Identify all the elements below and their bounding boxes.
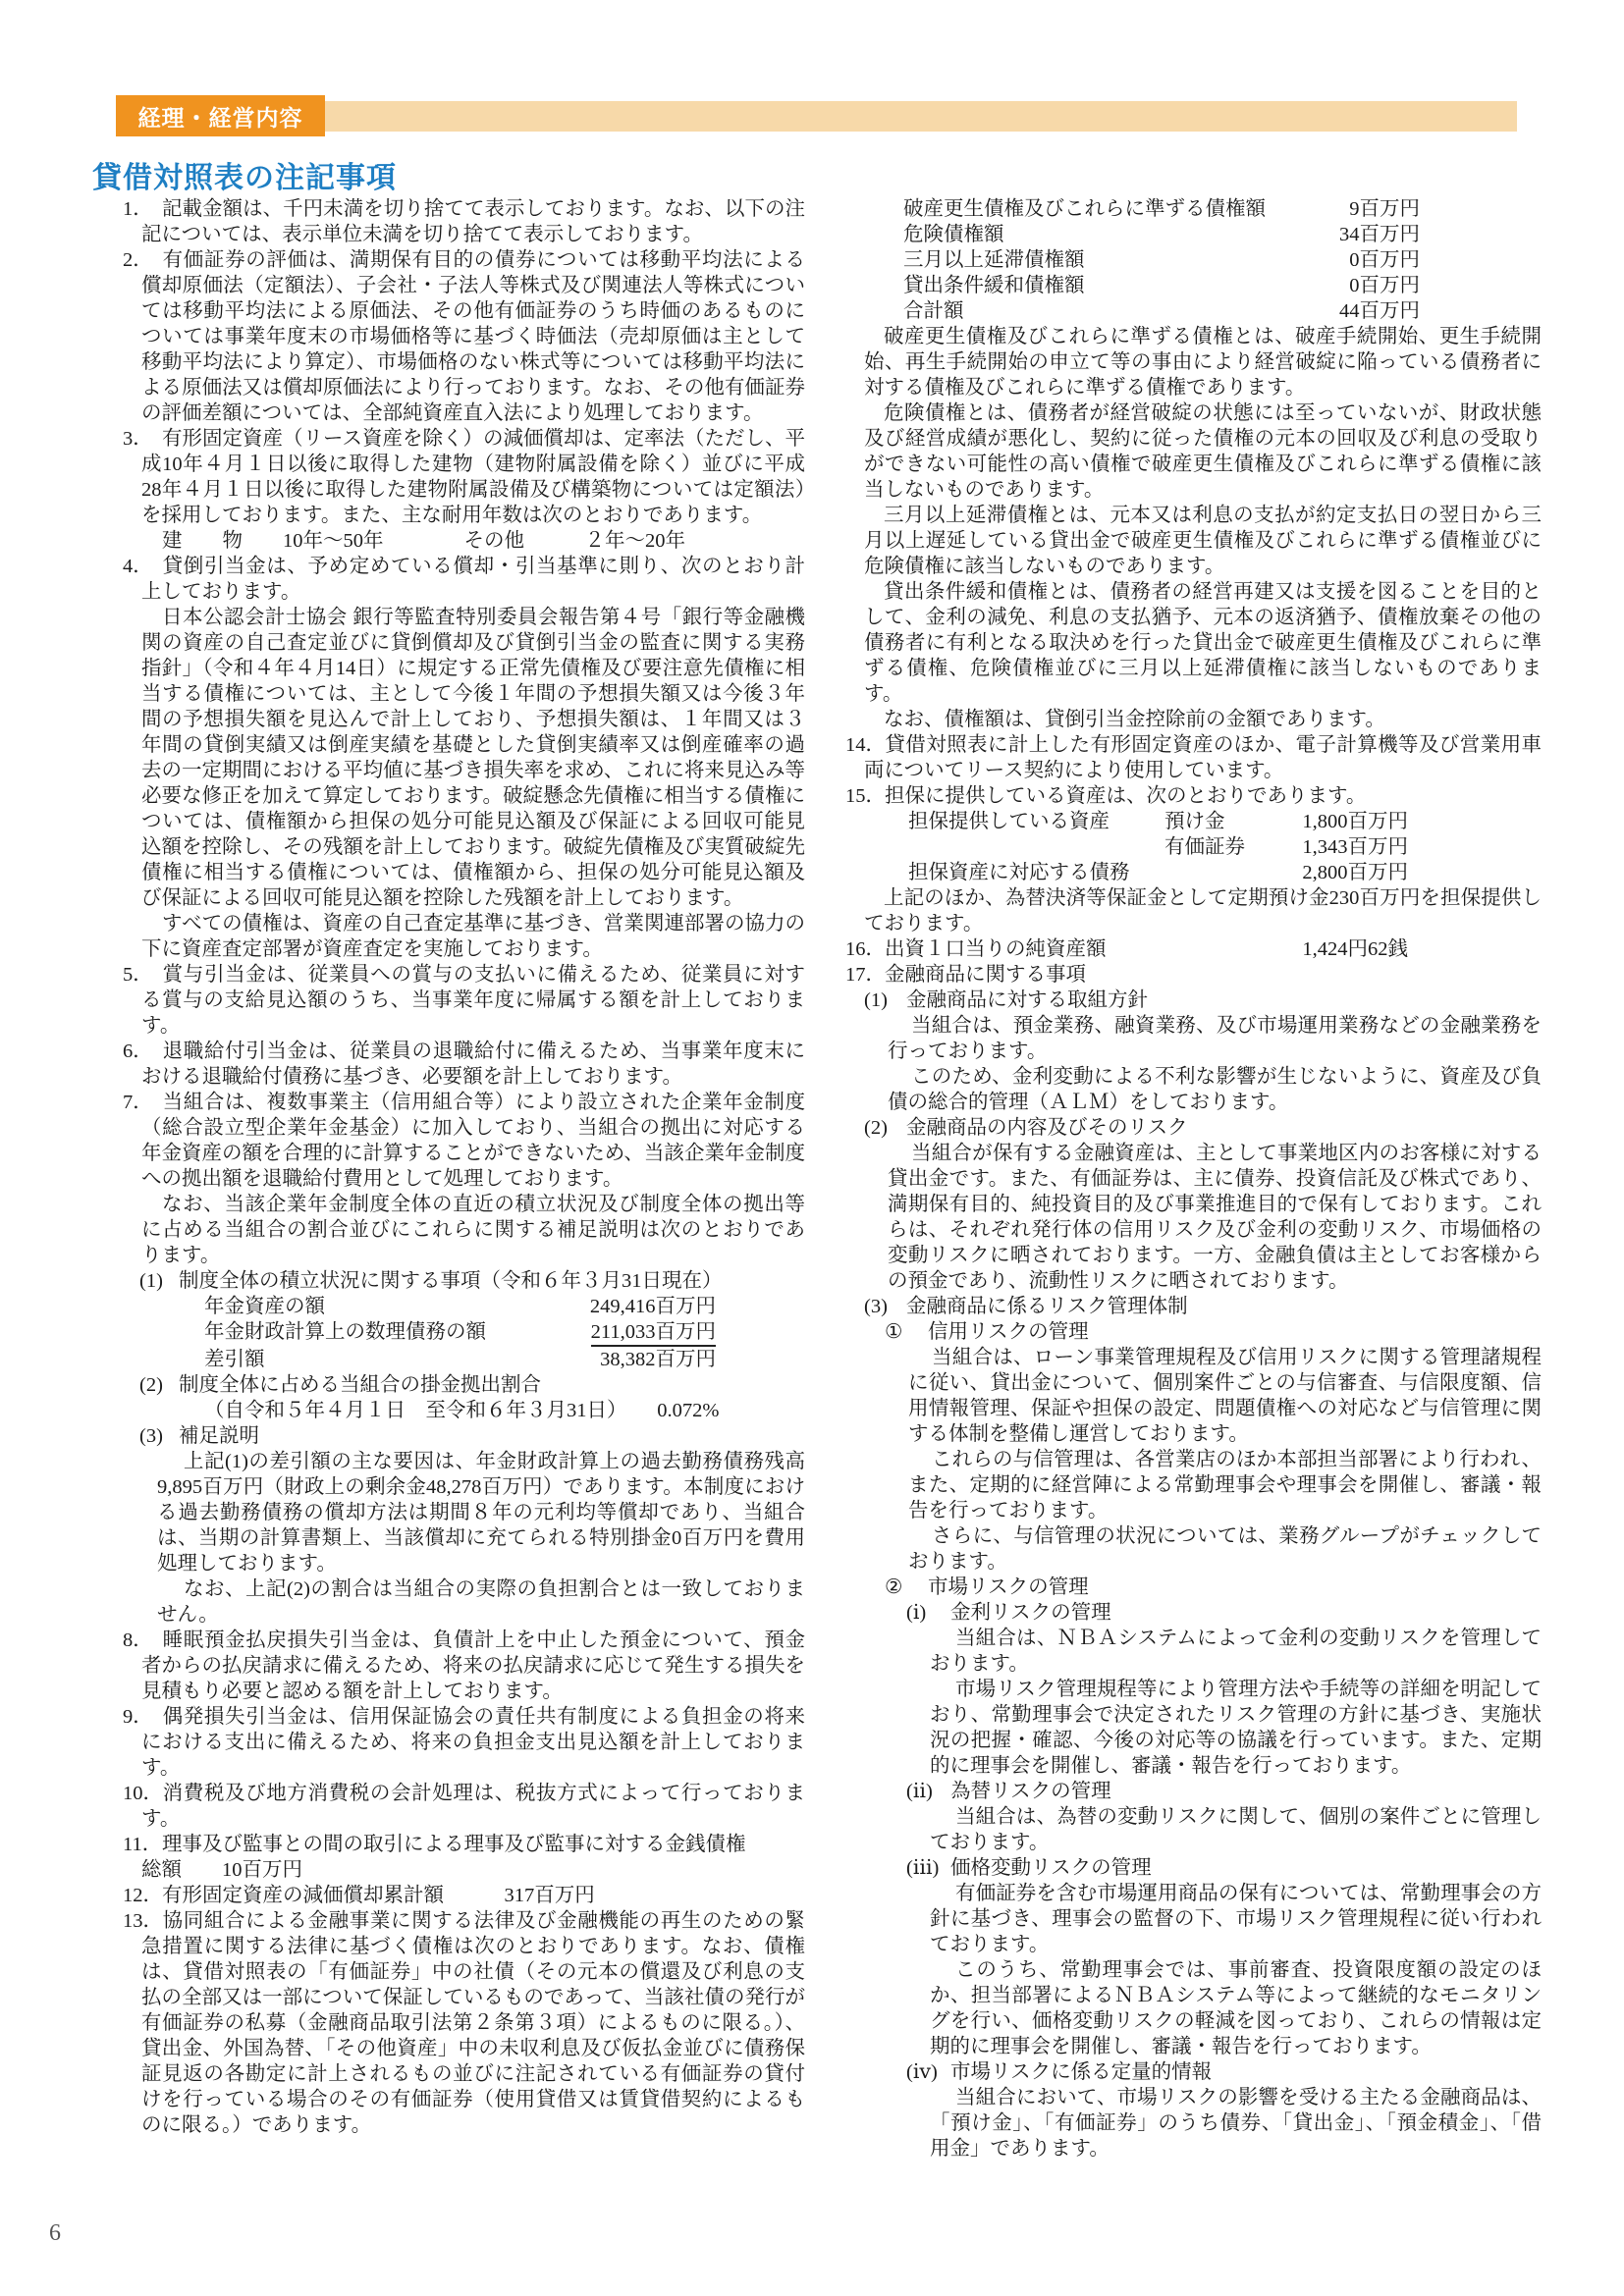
item-marker: 12． xyxy=(123,1883,162,1908)
item-marker: (3) xyxy=(864,1294,906,1319)
collateral-value: 1,800百万円 xyxy=(1302,809,1408,834)
item-marker: (2) xyxy=(139,1372,179,1398)
paragraph: （自令和５年４月１日 至令和６年３月31日） 0.072% xyxy=(91,1398,805,1423)
note-text: 補足説明 xyxy=(179,1425,259,1447)
note-text: 当組合において、市場リスクの影響を受ける主たる金融商品は、「預け金」、「有価証券… xyxy=(930,2087,1542,2160)
note-text: 信用リスクの管理 xyxy=(928,1321,1089,1343)
item-marker: (3) xyxy=(139,1423,179,1449)
note-text: 偶発損失引当金は、信用保証協会の責任共有制度による負担金の将来における支出に備え… xyxy=(141,1706,805,1779)
page-title: 貸借対照表の注記事項 xyxy=(92,153,397,196)
note-text: 総額 10百万円 xyxy=(141,1859,302,1881)
paragraph: 当組合において、市場リスクの影響を受ける主たる金融商品は、「預け金」、「有価証券… xyxy=(828,2085,1542,2162)
note-text: 制度全体に占める当組合の掛金拠出割合 xyxy=(179,1374,541,1396)
item-marker: ① xyxy=(885,1319,928,1345)
amount-label: 三月以上延滞債権額 xyxy=(903,247,1085,273)
collateral-item xyxy=(1164,860,1302,885)
note-item: 17．金融商品に関する事項 xyxy=(828,962,1542,988)
note-text: 睡眠預金払戻損失引当金は、負債計上を中止した預金について、預金者からの払戻請求に… xyxy=(141,1629,805,1702)
note-text: 有価証券を含む市場運用商品の保有については、常勤理事会の方針に基づき、理事会の監… xyxy=(930,1883,1542,1955)
note-item: 6．退職給付引当金は、従業員の退職給付に備えるため、当事業年度末における退職給付… xyxy=(91,1039,805,1090)
amount-row: 貸出条件緩和債権額0百万円 xyxy=(903,273,1420,298)
note-text: 当組合は、ＮＢＡシステムによって金利の変動リスクを管理しております。 xyxy=(930,1628,1542,1675)
note-item: (ⅰ)金利リスクの管理 xyxy=(828,1600,1542,1626)
note-item: 9．偶発損失引当金は、信用保証協会の責任共有制度による負担金の将来における支出に… xyxy=(91,1704,805,1781)
item-marker: 16． xyxy=(845,936,885,962)
note-text: 当組合は、ローン事業管理規程及び信用リスクに関する管理諸規程に従い、貸出金につい… xyxy=(908,1347,1542,1445)
item-marker: 14． xyxy=(845,732,885,758)
note-text: 日本公認会計士協会 銀行等監査特別委員会報告第４号「銀行等金融機関の資産の自己査… xyxy=(141,607,805,909)
note-item: 8．睡眠預金払戻損失引当金は、負債計上を中止した預金について、預金者からの払戻請… xyxy=(91,1628,805,1704)
item-marker: ② xyxy=(885,1575,928,1600)
paragraph: 当組合が保有する金融資産は、主として事業地区内のお客様に対する貸出金です。また、… xyxy=(828,1141,1542,1294)
note-item: (2)金融商品の内容及びそのリスク xyxy=(828,1115,1542,1141)
item-marker: 6． xyxy=(123,1039,162,1064)
amount-label: 危険債権額 xyxy=(903,222,1004,247)
amount-row: 年金資産の額249,416百万円 xyxy=(204,1294,716,1319)
note-text: 当組合は、為替の変動リスクに関して、個別の案件ごとに管理しております。 xyxy=(930,1806,1542,1853)
note-item: (1)金融商品に対する取組方針 xyxy=(828,988,1542,1013)
paragraph: 当組合は、為替の変動リスクに関して、個別の案件ごとに管理しております。 xyxy=(828,1804,1542,1855)
paragraph: 当組合は、ローン事業管理規程及び信用リスクに関する管理諸規程に従い、貸出金につい… xyxy=(828,1345,1542,1447)
note-text: 市場リスクの管理 xyxy=(928,1576,1089,1598)
amount-value: 1,424円62銭 xyxy=(1302,936,1408,962)
note-text: 記載金額は、千円未満を切り捨てて表示しております。なお、以下の注記については、表… xyxy=(141,198,805,245)
item-marker: (ⅱ) xyxy=(906,1779,950,1804)
header-band xyxy=(116,101,1517,132)
amount-row: 危険債権額34百万円 xyxy=(903,222,1420,247)
note-text: このうち、常勤理事会では、事前審査、投資限度額の設定のほか、担当部署によるＮＢＡ… xyxy=(930,1959,1542,2057)
amount-row: 差引額38,382百万円 xyxy=(204,1347,716,1372)
document-body: 1．記載金額は、千円未満を切り捨てて表示しております。なお、以下の注記については… xyxy=(91,196,1542,2162)
amount-label: 年金財政計算上の数理債務の額 xyxy=(204,1319,486,1347)
note-item: (ⅳ)市場リスクに係る定量的情報 xyxy=(828,2059,1542,2085)
paragraph: 総額 10百万円 xyxy=(91,1857,805,1883)
note-item: (1)制度全体の積立状況に関する事項（令和６年３月31日現在） xyxy=(91,1268,805,1294)
collateral-value: 1,343百万円 xyxy=(1302,834,1408,860)
left-column: 1．記載金額は、千円未満を切り捨てて表示しております。なお、以下の注記については… xyxy=(91,196,805,2162)
note-text: 賞与引当金は、従業員への賞与の支払いに備えるため、従業員に対する賞与の支給見込額… xyxy=(141,964,805,1037)
paragraph: 破産更生債権及びこれらに準ずる債権とは、破産手続開始、更生手続開始、再生手続開始… xyxy=(828,324,1542,400)
item-marker: (ⅳ) xyxy=(906,2059,950,2085)
note-text: 市場リスク管理規程等により管理方法や手続等の詳細を明記しており、常勤理事会で決定… xyxy=(930,1679,1542,1777)
amount-label: 破産更生債権及びこれらに準ずる債権額 xyxy=(903,196,1266,222)
note-item: 2．有価証券の評価は、満期保有目的の債券については移動平均法による償却原価法（定… xyxy=(91,247,805,426)
note-text: 理事及び監事との間の取引による理事及び監事に対する金銭債権 xyxy=(162,1834,746,1855)
note-item: 3．有形固定資産（リース資産を除く）の減価償却は、定率法（ただし、平成10年４月… xyxy=(91,426,805,528)
note-item: 12．有形固定資産の減価償却累計額 317百万円 xyxy=(91,1883,805,1908)
section-tag-label: 経理・経営内容 xyxy=(138,100,303,133)
note-text: 上記(1)の差引額の主な要因は、年金財政計算上の過去勤務債務残高9,895百万円… xyxy=(157,1451,805,1575)
note-text: 当組合は、預金業務、融資業務、及び市場運用業務などの金融業務を行っております。 xyxy=(888,1015,1542,1062)
paragraph: なお、債権額は、貸倒引当金控除前の金額であります。 xyxy=(828,707,1542,732)
note-text: 金融商品に関する事項 xyxy=(885,964,1086,986)
item-marker: 8． xyxy=(123,1628,162,1653)
paragraph: これらの与信管理は、各営業店のほか本部担当部署により行われ、また、定期的に経営陣… xyxy=(828,1447,1542,1523)
note-item: (ⅲ)価格変動リスクの管理 xyxy=(828,1855,1542,1881)
note-text: （自令和５年４月１日 至令和６年３月31日） 0.072% xyxy=(204,1400,719,1421)
note-item: 1．記載金額は、千円未満を切り捨てて表示しております。なお、以下の注記については… xyxy=(91,196,805,247)
amount-label: 合計額 xyxy=(903,298,964,324)
note-text: 制度全体の積立状況に関する事項（令和６年３月31日現在） xyxy=(179,1270,723,1292)
note-text: さらに、与信管理の状況については、業務グループがチェックしております。 xyxy=(908,1525,1542,1573)
amount-label: 貸出条件緩和債権額 xyxy=(903,273,1085,298)
note-item: 14．貸借対照表に計上した有形固定資産のほか、電子計算機等及び営業用車両について… xyxy=(828,732,1542,783)
amount-value: 38,382百万円 xyxy=(600,1347,716,1372)
note-item: ②市場リスクの管理 xyxy=(828,1575,1542,1600)
item-marker: 3． xyxy=(123,426,162,452)
note-item: 4．貸倒引当金は、予め定めている償却・引当基準に則り、次のとおり計上しております… xyxy=(91,554,805,605)
amount-row: 年金財政計算上の数理債務の額211,033百万円 xyxy=(204,1319,716,1347)
right-column: 破産更生債権及びこれらに準ずる債権額9百万円危険債権額34百万円三月以上延滞債権… xyxy=(828,196,1542,2162)
paragraph: すべての債権は、資産の自己査定基準に基づき、営業関連部署の協力の下に資産査定部署… xyxy=(91,911,805,962)
note-text: これらの与信管理は、各営業店のほか本部担当部署により行われ、また、定期的に経営陣… xyxy=(908,1449,1542,1522)
amount-row: 合計額44百万円 xyxy=(903,298,1420,324)
note-item: (2)制度全体に占める当組合の掛金拠出割合 xyxy=(91,1372,805,1398)
note-text: 消費税及び地方消費税の会計処理は、税抜方式によって行っております。 xyxy=(141,1783,805,1830)
page-number: 6 xyxy=(49,2220,61,2247)
amount-value: 34百万円 xyxy=(1339,222,1420,247)
paragraph: 有価証券を含む市場運用商品の保有については、常勤理事会の方針に基づき、理事会の監… xyxy=(828,1881,1542,1957)
paragraph: 当組合は、預金業務、融資業務、及び市場運用業務などの金融業務を行っております。 xyxy=(828,1013,1542,1064)
amount-label: 年金資産の額 xyxy=(204,1294,325,1319)
note-text: 危険債権とは、債務者が経営破綻の状態には至っていないが、財政状態及び経営成績が悪… xyxy=(864,402,1542,501)
note-text: 建 物 10年～50年 その他 ２年～20年 xyxy=(162,530,685,552)
note-text: 当組合は、複数事業主（信用組合等）により設立された企業年金制度（総合設立型企業年… xyxy=(141,1092,805,1190)
item-marker: (2) xyxy=(864,1115,906,1141)
paragraph: 日本公認会計士協会 銀行等監査特別委員会報告第４号「銀行等金融機関の資産の自己査… xyxy=(91,605,805,911)
item-marker: (1) xyxy=(139,1268,179,1294)
item-marker: (ⅲ) xyxy=(906,1855,950,1881)
collateral-label: 担保資産に対応する債務 xyxy=(908,860,1164,885)
note-text: 金融商品に係るリスク管理体制 xyxy=(906,1296,1188,1317)
note-item: 16．出資１口当りの純資産額1,424円62銭 xyxy=(828,936,1542,962)
note-text: 金利リスクの管理 xyxy=(950,1602,1111,1624)
note-text: 上記のほか、為替決済等保証金として定期預け金230百万円を担保提供しております。 xyxy=(864,887,1542,934)
collateral-row: 有価証券1,343百万円 xyxy=(908,834,1408,860)
item-marker: 2． xyxy=(123,247,162,273)
item-marker: 1． xyxy=(123,196,162,222)
item-marker: 11． xyxy=(123,1832,162,1857)
paragraph: なお、上記(2)の割合は当組合の実際の負担割合とは一致しておりません。 xyxy=(91,1576,805,1628)
note-item: 10．消費税及び地方消費税の会計処理は、税抜方式によって行っております。 xyxy=(91,1781,805,1832)
note-item: (ⅱ)為替リスクの管理 xyxy=(828,1779,1542,1804)
note-text: 為替リスクの管理 xyxy=(950,1781,1111,1802)
collateral-table: 担保提供している資産預け金1,800百万円有価証券1,343百万円担保資産に対応… xyxy=(828,809,1542,885)
collateral-row: 担保提供している資産預け金1,800百万円 xyxy=(908,809,1408,834)
collateral-label: 担保提供している資産 xyxy=(908,809,1164,834)
note-text: なお、債権額は、貸倒引当金控除前の金額であります。 xyxy=(884,709,1385,730)
collateral-label xyxy=(908,834,1164,860)
note-text: 金融商品に対する取組方針 xyxy=(906,989,1148,1011)
paragraph: 危険債権とは、債務者が経営破綻の状態には至っていないが、財政状態及び経営成績が悪… xyxy=(828,400,1542,503)
note-item: ①信用リスクの管理 xyxy=(828,1319,1542,1345)
item-marker: 10． xyxy=(123,1781,162,1806)
amount-row: 破産更生債権及びこれらに準ずる債権額9百万円 xyxy=(903,196,1420,222)
note-item: (3)金融商品に係るリスク管理体制 xyxy=(828,1294,1542,1319)
note-text: このため、金利変動による不利な影響が生じないように、資産及び負債の総合的管理（Ａ… xyxy=(888,1066,1542,1113)
item-marker: 4． xyxy=(123,554,162,579)
note-text: 担保に提供している資産は、次のとおりであります。 xyxy=(885,785,1366,807)
note-text: 当組合が保有する金融資産は、主として事業地区内のお客様に対する貸出金です。また、… xyxy=(888,1143,1542,1292)
amount-value: 211,033百万円 xyxy=(591,1319,716,1347)
note-text: 貸借対照表に計上した有形固定資産のほか、電子計算機等及び営業用車両についてリース… xyxy=(864,734,1542,781)
note-item: 7．当組合は、複数事業主（信用組合等）により設立された企業年金制度（総合設立型企… xyxy=(91,1090,805,1192)
note-text: 貸倒引当金は、予め定めている償却・引当基準に則り、次のとおり計上しております。 xyxy=(141,556,805,603)
amount-label: 出資１口当りの純資産額 xyxy=(885,936,1302,962)
note-text: 三月以上延滞債権とは、元本又は利息の支払が約定支払日の翌日から三月以上遅延してい… xyxy=(864,505,1542,577)
item-marker: (ⅰ) xyxy=(906,1600,950,1626)
paragraph: 市場リスク管理規程等により管理方法や手続等の詳細を明記しており、常勤理事会で決定… xyxy=(828,1677,1542,1779)
collateral-item: 預け金 xyxy=(1164,809,1302,834)
amount-table: 年金資産の額249,416百万円年金財政計算上の数理債務の額211,033百万円… xyxy=(91,1294,805,1372)
item-marker: 13． xyxy=(123,1908,162,1934)
note-text: 有形固定資産（リース資産を除く）の減価償却は、定率法（ただし、平成10年４月１日… xyxy=(141,428,805,526)
paragraph: このため、金利変動による不利な影響が生じないように、資産及び負債の総合的管理（Ａ… xyxy=(828,1064,1542,1115)
note-item: 15．担保に提供している資産は、次のとおりであります。 xyxy=(828,783,1542,809)
note-text: なお、上記(2)の割合は当組合の実際の負担割合とは一致しておりません。 xyxy=(157,1578,805,1626)
note-item: 13．協同組合による金融事業に関する法律及び金融機能の再生のための緊急措置に関す… xyxy=(91,1908,805,2138)
collateral-value: 2,800百万円 xyxy=(1302,860,1408,885)
amount-value: 9百万円 xyxy=(1349,196,1420,222)
note-text: 金融商品の内容及びそのリスク xyxy=(906,1117,1188,1139)
item-marker: 17． xyxy=(845,962,885,988)
paragraph: このうち、常勤理事会では、事前審査、投資限度額の設定のほか、担当部署によるＮＢＡ… xyxy=(828,1957,1542,2059)
item-marker: 15． xyxy=(845,783,885,809)
note-text: なお、当該企業年金制度全体の直近の積立状況及び制度全体の拠出等に占める当組合の割… xyxy=(141,1194,805,1266)
paragraph: 上記のほか、為替決済等保証金として定期預け金230百万円を担保提供しております。 xyxy=(828,885,1542,936)
collateral-item: 有価証券 xyxy=(1164,834,1302,860)
item-marker: 9． xyxy=(123,1704,162,1730)
note-text: 有形固定資産の減価償却累計額 317百万円 xyxy=(162,1885,595,1906)
paragraph: 建 物 10年～50年 その他 ２年～20年 xyxy=(91,528,805,554)
note-item: 11．理事及び監事との間の取引による理事及び監事に対する金銭債権 xyxy=(91,1832,805,1857)
note-item: (3)補足説明 xyxy=(91,1423,805,1449)
amount-value: 0百万円 xyxy=(1349,273,1420,298)
item-marker: 7． xyxy=(123,1090,162,1115)
amount-value: 0百万円 xyxy=(1349,247,1420,273)
amount-value: 249,416百万円 xyxy=(590,1294,716,1319)
note-text: 破産更生債権及びこれらに準ずる債権とは、破産手続開始、更生手続開始、再生手続開始… xyxy=(864,326,1542,399)
amount-row: 三月以上延滞債権額0百万円 xyxy=(903,247,1420,273)
paragraph: 上記(1)の差引額の主な要因は、年金財政計算上の過去勤務債務残高9,895百万円… xyxy=(91,1449,805,1576)
paragraph: なお、当該企業年金制度全体の直近の積立状況及び制度全体の拠出等に占める当組合の割… xyxy=(91,1192,805,1268)
amount-value: 44百万円 xyxy=(1339,298,1420,324)
note-item: 5．賞与引当金は、従業員への賞与の支払いに備えるため、従業員に対する賞与の支給見… xyxy=(91,962,805,1039)
paragraph: 当組合は、ＮＢＡシステムによって金利の変動リスクを管理しております。 xyxy=(828,1626,1542,1677)
note-text: 協同組合による金融事業に関する法律及び金融機能の再生のための緊急措置に関する法律… xyxy=(141,1910,805,2136)
note-text: すべての債権は、資産の自己査定基準に基づき、営業関連部署の協力の下に資産査定部署… xyxy=(141,913,805,960)
item-marker: 5． xyxy=(123,962,162,988)
note-text: 退職給付引当金は、従業員の退職給付に備えるため、当事業年度末における退職給付債務… xyxy=(141,1041,805,1088)
paragraph: さらに、与信管理の状況については、業務グループがチェックしております。 xyxy=(828,1523,1542,1575)
note-text: 市場リスクに係る定量的情報 xyxy=(950,2061,1212,2083)
item-marker: (1) xyxy=(864,988,906,1013)
paragraph: 貸出条件緩和債権とは、債務者の経営再建又は支援を図ることを目的として、金利の減免… xyxy=(828,579,1542,707)
note-text: 価格変動リスクの管理 xyxy=(950,1857,1152,1879)
note-text: 有価証券の評価は、満期保有目的の債券については移動平均法による償却原価法（定額法… xyxy=(141,249,805,424)
collateral-row: 担保資産に対応する債務2,800百万円 xyxy=(908,860,1408,885)
note-text: 貸出条件緩和債権とは、債務者の経営再建又は支援を図ることを目的として、金利の減免… xyxy=(864,581,1542,705)
section-tag: 経理・経営内容 xyxy=(116,95,325,136)
amount-table: 破産更生債権及びこれらに準ずる債権額9百万円危険債権額34百万円三月以上延滞債権… xyxy=(828,196,1542,324)
paragraph: 三月以上延滞債権とは、元本又は利息の支払が約定支払日の翌日から三月以上遅延してい… xyxy=(828,503,1542,579)
amount-label: 差引額 xyxy=(204,1347,265,1372)
